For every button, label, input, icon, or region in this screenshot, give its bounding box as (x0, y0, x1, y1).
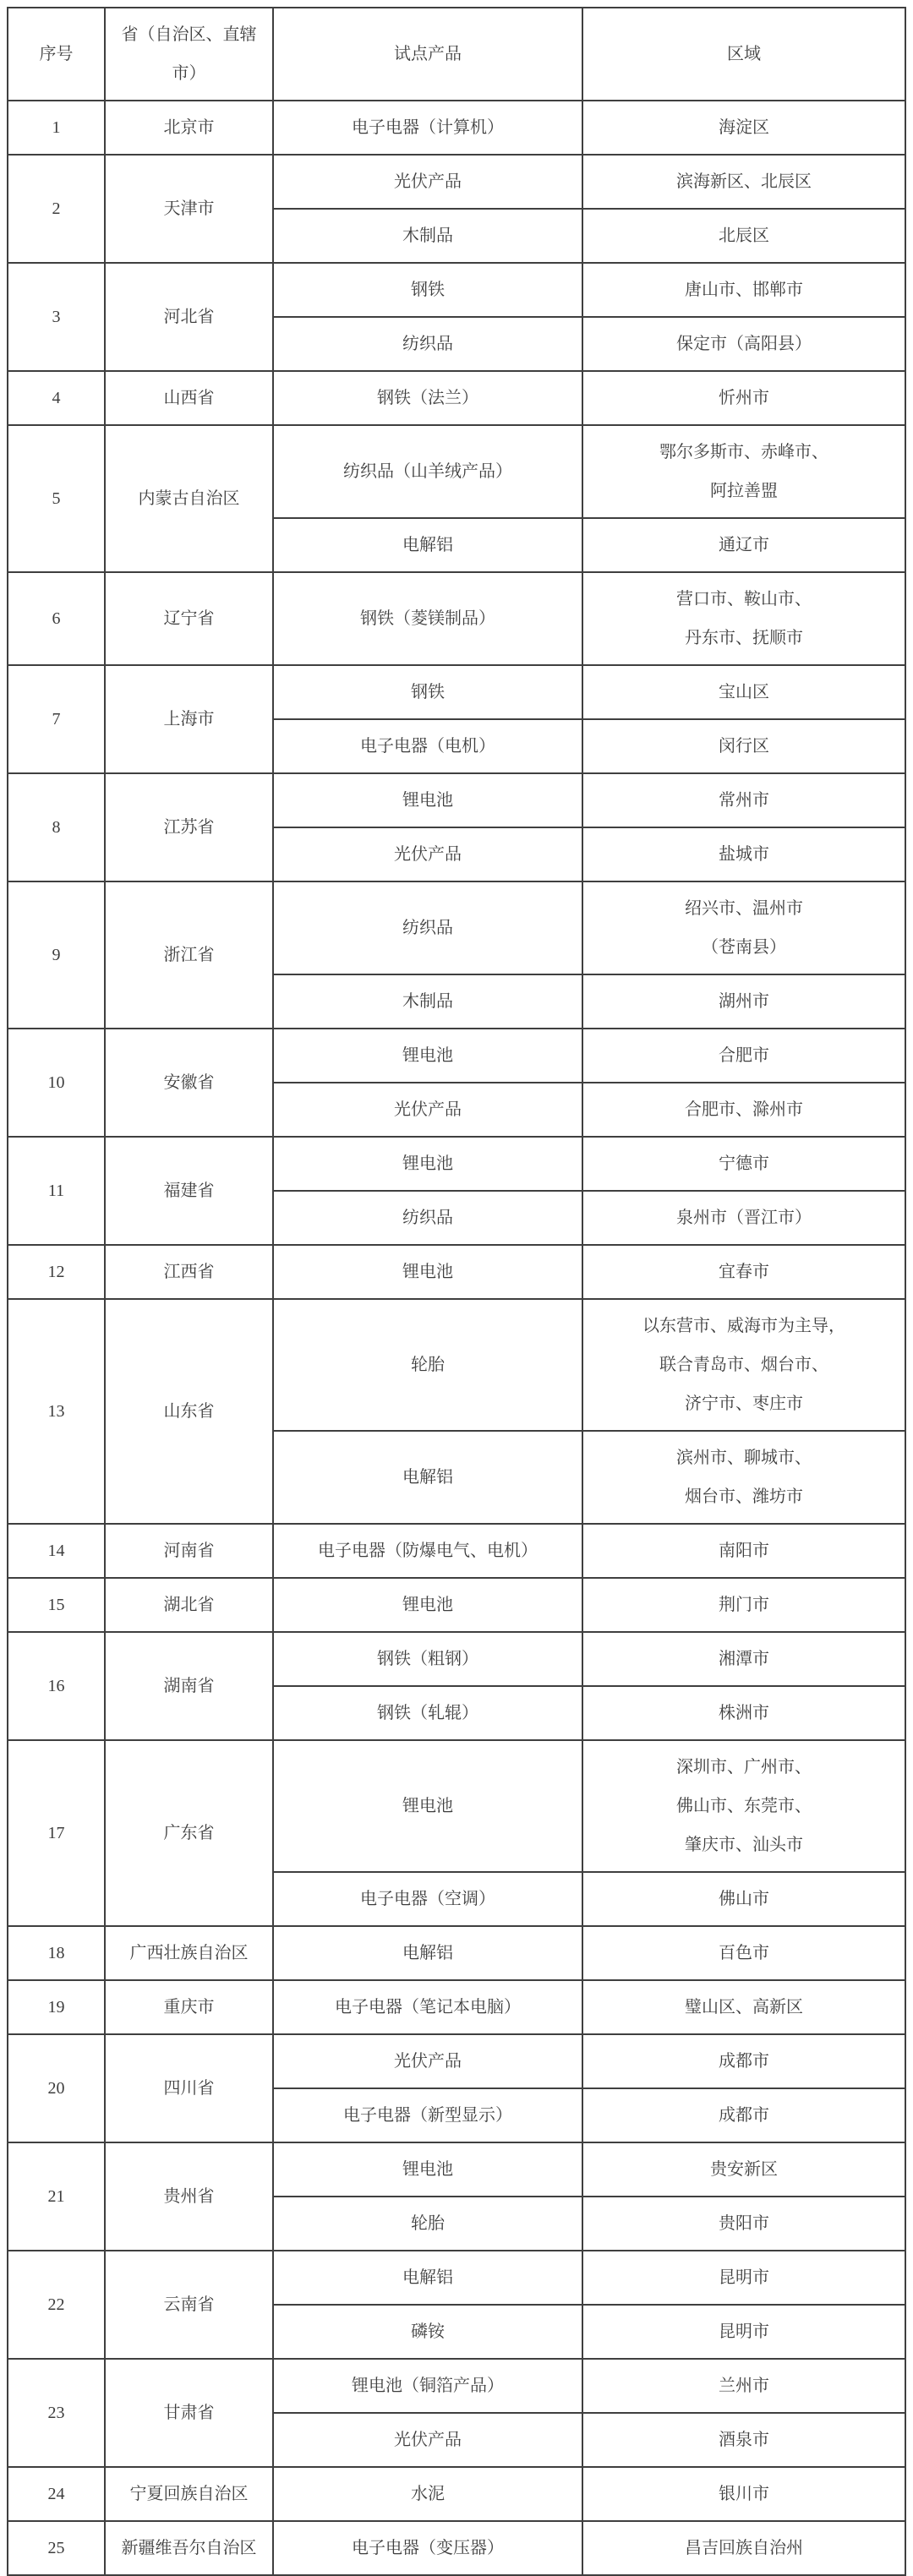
cell-region: 通辽市 (582, 518, 905, 572)
cell-no: 4 (8, 371, 105, 425)
cell-no: 8 (8, 773, 105, 881)
cell-product: 磷铵 (273, 2305, 582, 2359)
cell-region: 百色市 (582, 1926, 905, 1980)
cell-no: 15 (8, 1578, 105, 1632)
cell-province: 宁夏回族自治区 (105, 2467, 273, 2521)
table-row: 22 云南省 电解铝 昆明市 (8, 2251, 905, 2305)
cell-region: 株洲市 (582, 1686, 905, 1740)
cell-region: 盐城市 (582, 827, 905, 881)
cell-province: 湖南省 (105, 1632, 273, 1740)
table-row: 17 广东省 锂电池 深圳市、广州市、 佛山市、东莞市、 肇庆市、汕头市 (8, 1740, 905, 1872)
cell-no: 5 (8, 425, 105, 572)
cell-no: 14 (8, 1524, 105, 1578)
cell-province: 浙江省 (105, 881, 273, 1029)
table-row: 11 福建省 锂电池 宁德市 (8, 1137, 905, 1191)
cell-product: 水泥 (273, 2467, 582, 2521)
cell-region: 海淀区 (582, 101, 905, 155)
cell-province: 福建省 (105, 1137, 273, 1245)
cell-product: 锂电池 (273, 1740, 582, 1872)
cell-region: 滨海新区、北辰区 (582, 155, 905, 209)
cell-province: 广东省 (105, 1740, 273, 1926)
column-header-no: 序号 (8, 8, 105, 101)
cell-product: 轮胎 (273, 2197, 582, 2251)
cell-no: 3 (8, 263, 105, 371)
cell-product: 钢铁（粗钢） (273, 1632, 582, 1686)
cell-no: 25 (8, 2521, 105, 2575)
cell-province: 江西省 (105, 1245, 273, 1299)
cell-province: 河南省 (105, 1524, 273, 1578)
table-row: 18 广西壮族自治区 电解铝 百色市 (8, 1926, 905, 1980)
cell-product: 光伏产品 (273, 155, 582, 209)
cell-product: 锂电池（铜箔产品） (273, 2359, 582, 2413)
cell-product: 光伏产品 (273, 827, 582, 881)
cell-product: 钢铁 (273, 263, 582, 317)
cell-product: 锂电池 (273, 773, 582, 827)
cell-product: 锂电池 (273, 1029, 582, 1083)
cell-product: 纺织品 (273, 317, 582, 371)
cell-region: 唐山市、邯郸市 (582, 263, 905, 317)
cell-product: 电子电器（防爆电气、电机） (273, 1524, 582, 1578)
cell-region: 湖州市 (582, 974, 905, 1029)
cell-province: 四川省 (105, 2034, 273, 2142)
table-row: 7 上海市 钢铁 宝山区 (8, 665, 905, 719)
cell-region: 忻州市 (582, 371, 905, 425)
cell-product: 木制品 (273, 974, 582, 1029)
cell-product: 光伏产品 (273, 1083, 582, 1137)
column-header-region: 区域 (582, 8, 905, 101)
cell-product: 钢铁 (273, 665, 582, 719)
table-row: 3 河北省 钢铁 唐山市、邯郸市 (8, 263, 905, 317)
cell-no: 12 (8, 1245, 105, 1299)
table-row: 5 内蒙古自治区 纺织品（山羊绒产品） 鄂尔多斯市、赤峰市、 阿拉善盟 (8, 425, 905, 518)
cell-province: 安徽省 (105, 1029, 273, 1137)
cell-product: 钢铁（法兰） (273, 371, 582, 425)
cell-region: 贵安新区 (582, 2142, 905, 2197)
cell-no: 23 (8, 2359, 105, 2467)
cell-product: 钢铁（轧辊） (273, 1686, 582, 1740)
table-row: 21 贵州省 锂电池 贵安新区 (8, 2142, 905, 2197)
cell-region: 宜春市 (582, 1245, 905, 1299)
cell-region: 昌吉回族自治州 (582, 2521, 905, 2575)
cell-region: 滨州市、聊城市、 烟台市、潍坊市 (582, 1431, 905, 1524)
cell-province: 山东省 (105, 1299, 273, 1524)
cell-no: 18 (8, 1926, 105, 1980)
cell-no: 22 (8, 2251, 105, 2359)
cell-province: 广西壮族自治区 (105, 1926, 273, 1980)
cell-product: 钢铁（菱镁制品） (273, 572, 582, 665)
table-row: 6 辽宁省 钢铁（菱镁制品） 营口市、鞍山市、 丹东市、抚顺市 (8, 572, 905, 665)
table-row: 15 湖北省 锂电池 荆门市 (8, 1578, 905, 1632)
cell-province: 上海市 (105, 665, 273, 773)
cell-product: 电子电器（变压器） (273, 2521, 582, 2575)
cell-province: 辽宁省 (105, 572, 273, 665)
cell-region: 绍兴市、温州市 （苍南县） (582, 881, 905, 974)
cell-region: 深圳市、广州市、 佛山市、东莞市、 肇庆市、汕头市 (582, 1740, 905, 1872)
table-row: 23 甘肃省 锂电池（铜箔产品） 兰州市 (8, 2359, 905, 2413)
cell-region: 南阳市 (582, 1524, 905, 1578)
table-row: 24 宁夏回族自治区 水泥 银川市 (8, 2467, 905, 2521)
column-header-product: 试点产品 (273, 8, 582, 101)
cell-product: 纺织品 (273, 881, 582, 974)
cell-region: 佛山市 (582, 1872, 905, 1926)
cell-region: 昆明市 (582, 2305, 905, 2359)
cell-product: 电解铝 (273, 1926, 582, 1980)
cell-no: 21 (8, 2142, 105, 2251)
cell-region: 荆门市 (582, 1578, 905, 1632)
cell-province: 新疆维吾尔自治区 (105, 2521, 273, 2575)
column-header-province: 省（自治区、直辖 市） (105, 8, 273, 101)
cell-region: 宁德市 (582, 1137, 905, 1191)
cell-region: 贵阳市 (582, 2197, 905, 2251)
cell-region: 成都市 (582, 2088, 905, 2142)
cell-region: 泉州市（晋江市） (582, 1191, 905, 1245)
cell-product: 电子电器（空调） (273, 1872, 582, 1926)
cell-no: 9 (8, 881, 105, 1029)
cell-no: 20 (8, 2034, 105, 2142)
cell-region: 合肥市 (582, 1029, 905, 1083)
cell-region: 酒泉市 (582, 2413, 905, 2467)
cell-region: 昆明市 (582, 2251, 905, 2305)
table-row: 1 北京市 电子电器（计算机） 海淀区 (8, 101, 905, 155)
cell-product: 光伏产品 (273, 2413, 582, 2467)
cell-region: 璧山区、高新区 (582, 1980, 905, 2034)
table-row: 10 安徽省 锂电池 合肥市 (8, 1029, 905, 1083)
cell-no: 17 (8, 1740, 105, 1926)
cell-product: 电子电器（笔记本电脑） (273, 1980, 582, 2034)
cell-region: 银川市 (582, 2467, 905, 2521)
table-row: 20 四川省 光伏产品 成都市 (8, 2034, 905, 2088)
cell-province: 贵州省 (105, 2142, 273, 2251)
cell-province: 河北省 (105, 263, 273, 371)
cell-no: 11 (8, 1137, 105, 1245)
cell-province: 江苏省 (105, 773, 273, 881)
cell-product: 轮胎 (273, 1299, 582, 1431)
cell-product: 木制品 (273, 209, 582, 263)
cell-region: 闵行区 (582, 719, 905, 773)
cell-province: 重庆市 (105, 1980, 273, 2034)
table-row: 25 新疆维吾尔自治区 电子电器（变压器） 昌吉回族自治州 (8, 2521, 905, 2575)
cell-province: 内蒙古自治区 (105, 425, 273, 572)
table-row: 19 重庆市 电子电器（笔记本电脑） 璧山区、高新区 (8, 1980, 905, 2034)
cell-product: 电解铝 (273, 518, 582, 572)
table-row: 14 河南省 电子电器（防爆电气、电机） 南阳市 (8, 1524, 905, 1578)
table-row: 16 湖南省 钢铁（粗钢） 湘潭市 (8, 1632, 905, 1686)
table-row: 9 浙江省 纺织品 绍兴市、温州市 （苍南县） (8, 881, 905, 974)
cell-product: 锂电池 (273, 1578, 582, 1632)
cell-region: 合肥市、滁州市 (582, 1083, 905, 1137)
cell-province: 天津市 (105, 155, 273, 263)
cell-province: 北京市 (105, 101, 273, 155)
cell-region: 北辰区 (582, 209, 905, 263)
cell-no: 6 (8, 572, 105, 665)
cell-region: 宝山区 (582, 665, 905, 719)
cell-region: 成都市 (582, 2034, 905, 2088)
cell-no: 16 (8, 1632, 105, 1740)
cell-region: 湘潭市 (582, 1632, 905, 1686)
table-row: 2 天津市 光伏产品 滨海新区、北辰区 (8, 155, 905, 209)
cell-no: 1 (8, 101, 105, 155)
cell-region: 常州市 (582, 773, 905, 827)
pilot-products-table: 序号 省（自治区、直辖 市） 试点产品 区域 1 北京市 电子电器（计算机） 海… (7, 7, 906, 2576)
cell-product: 纺织品（山羊绒产品） (273, 425, 582, 518)
cell-province: 甘肃省 (105, 2359, 273, 2467)
table-row: 4 山西省 钢铁（法兰） 忻州市 (8, 371, 905, 425)
cell-product: 锂电池 (273, 1137, 582, 1191)
cell-product: 电子电器（电机） (273, 719, 582, 773)
cell-no: 13 (8, 1299, 105, 1524)
cell-product: 纺织品 (273, 1191, 582, 1245)
cell-province: 云南省 (105, 2251, 273, 2359)
cell-product: 电子电器（新型显示） (273, 2088, 582, 2142)
cell-no: 10 (8, 1029, 105, 1137)
table-header-row: 序号 省（自治区、直辖 市） 试点产品 区域 (8, 8, 905, 101)
cell-product: 光伏产品 (273, 2034, 582, 2088)
table-row: 12 江西省 锂电池 宜春市 (8, 1245, 905, 1299)
cell-product: 电子电器（计算机） (273, 101, 582, 155)
cell-product: 锂电池 (273, 1245, 582, 1299)
table-row: 13 山东省 轮胎 以东营市、威海市为主导， 联合青岛市、烟台市、 济宁市、枣庄… (8, 1299, 905, 1431)
cell-region: 营口市、鞍山市、 丹东市、抚顺市 (582, 572, 905, 665)
cell-no: 7 (8, 665, 105, 773)
cell-no: 2 (8, 155, 105, 263)
cell-region: 兰州市 (582, 2359, 905, 2413)
cell-product: 电解铝 (273, 1431, 582, 1524)
table-row: 8 江苏省 锂电池 常州市 (8, 773, 905, 827)
cell-region: 以东营市、威海市为主导， 联合青岛市、烟台市、 济宁市、枣庄市 (582, 1299, 905, 1431)
cell-province: 湖北省 (105, 1578, 273, 1632)
cell-product: 锂电池 (273, 2142, 582, 2197)
cell-region: 鄂尔多斯市、赤峰市、 阿拉善盟 (582, 425, 905, 518)
cell-province: 山西省 (105, 371, 273, 425)
cell-no: 19 (8, 1980, 105, 2034)
cell-product: 电解铝 (273, 2251, 582, 2305)
cell-no: 24 (8, 2467, 105, 2521)
cell-region: 保定市（高阳县） (582, 317, 905, 371)
